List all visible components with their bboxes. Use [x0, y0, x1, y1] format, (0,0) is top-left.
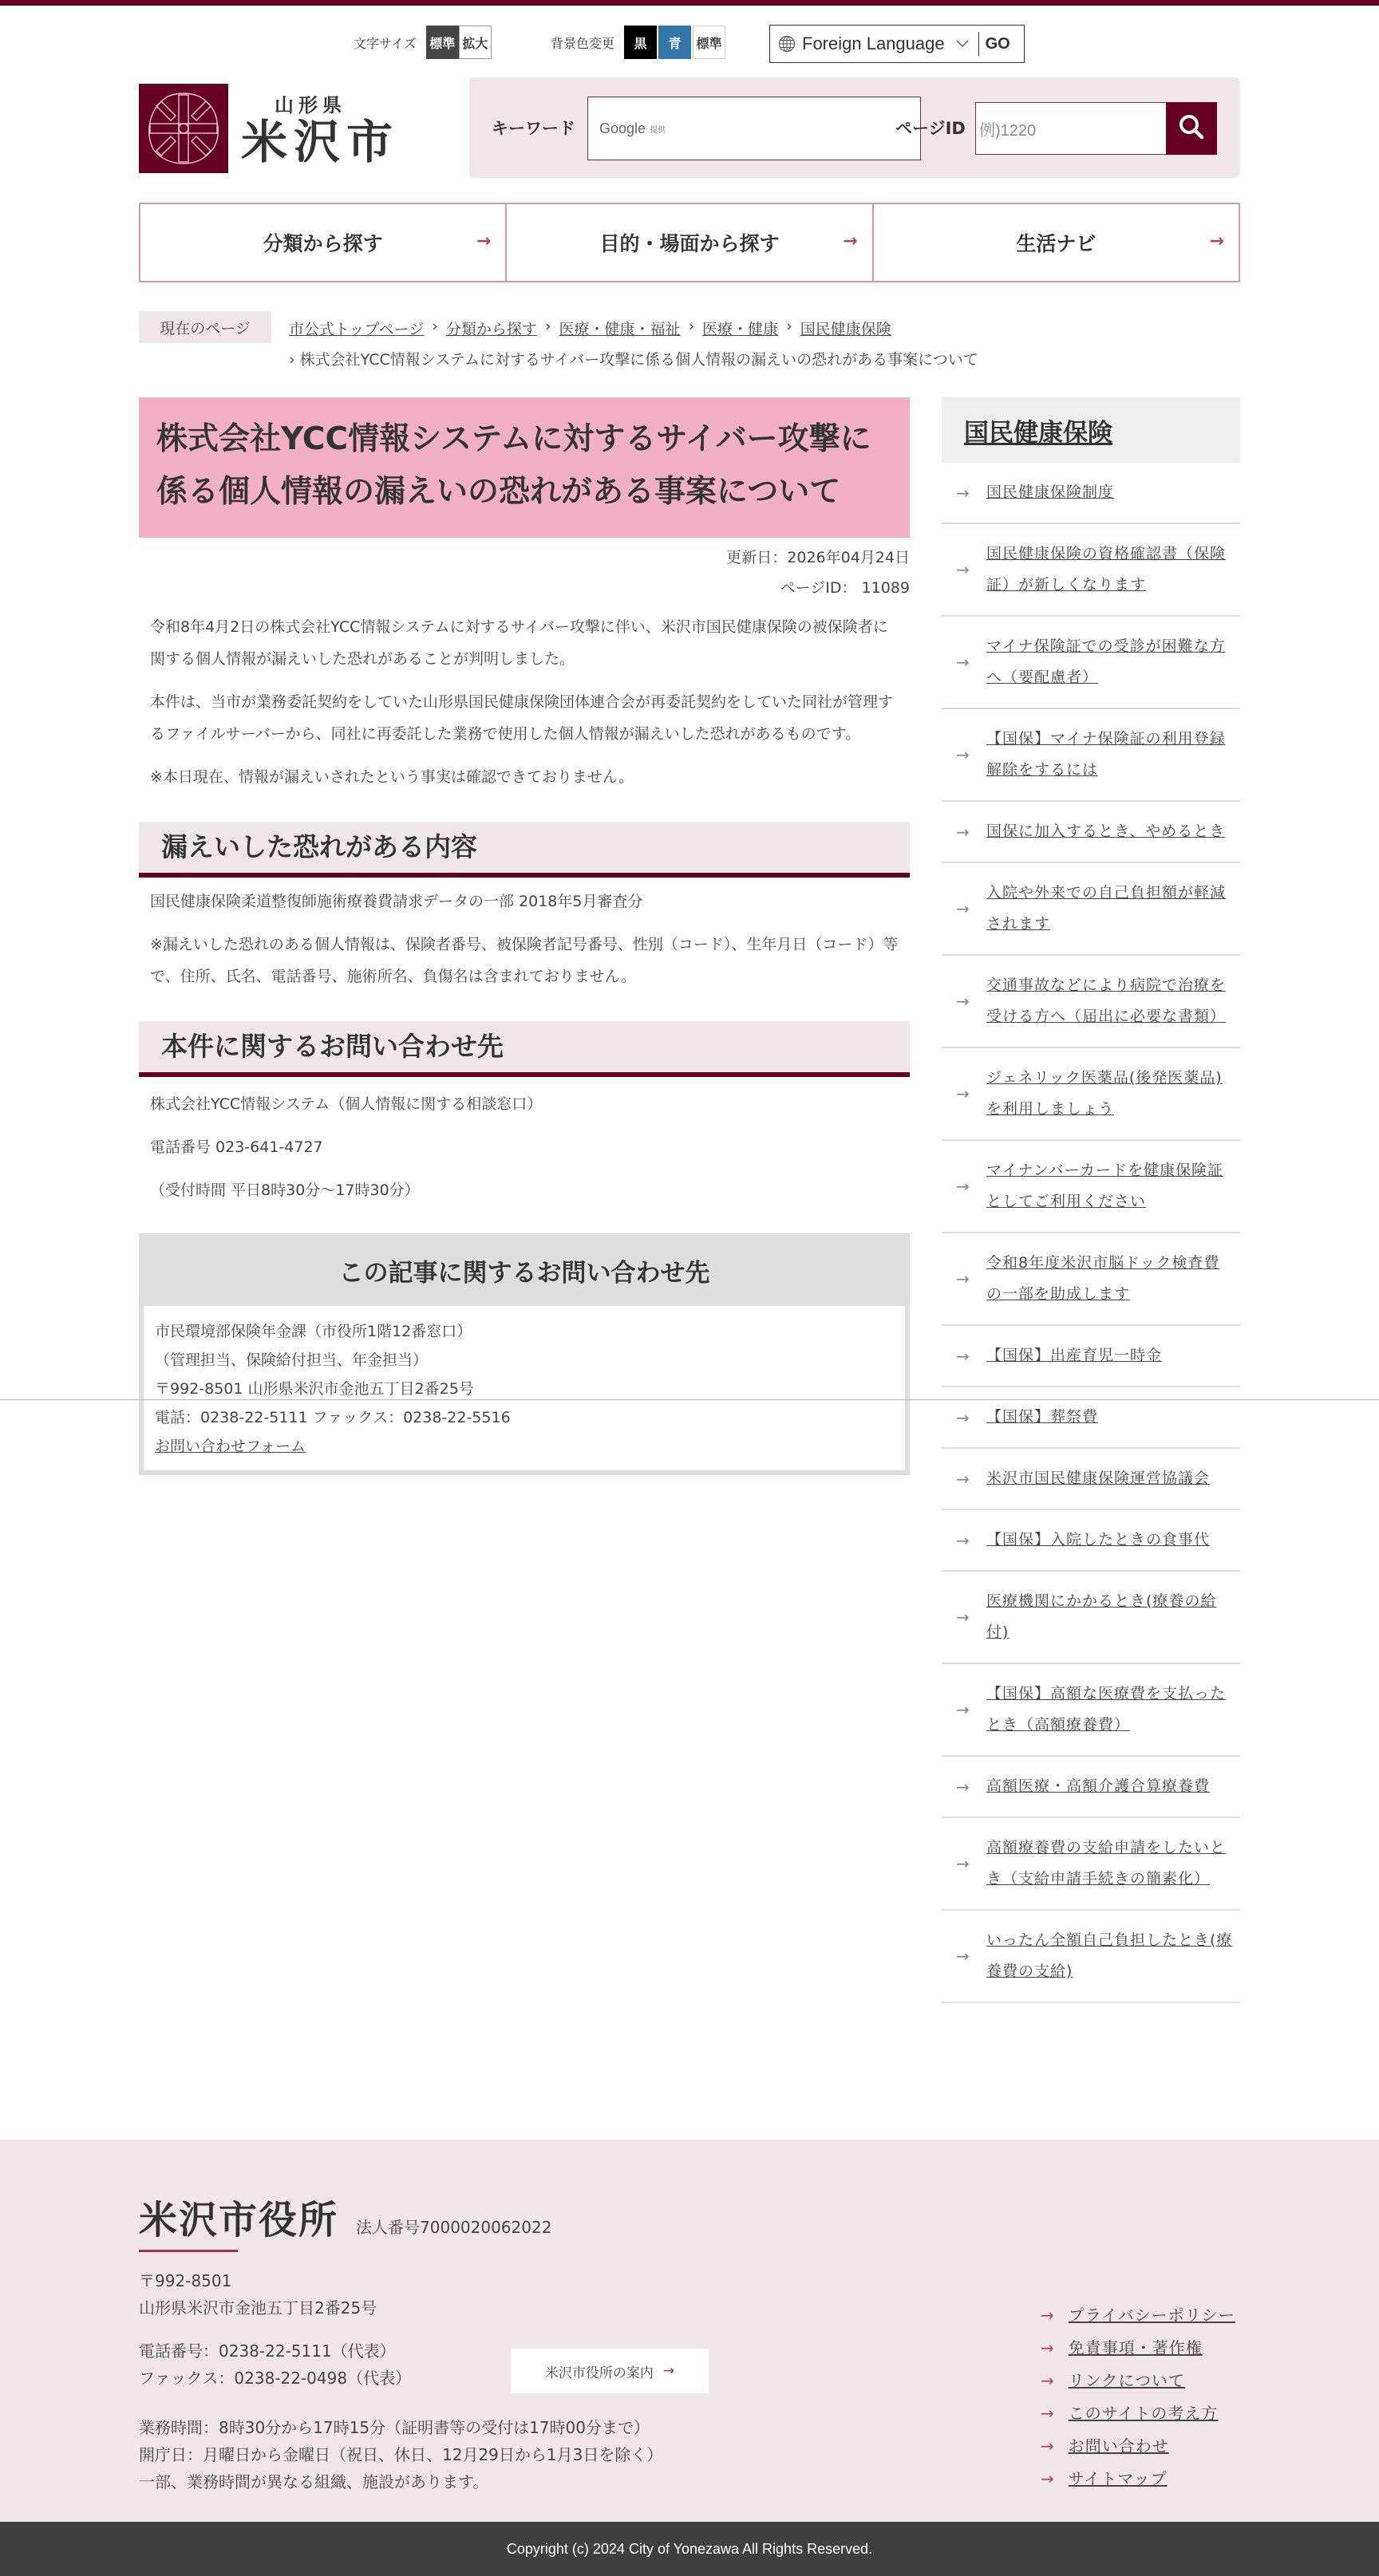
intro-note: ※本日現在、情報が漏えいされたという事実は確認できておりません。 — [139, 761, 910, 793]
contact-line: 市民環境部保険年金課（市役所1階12番窓口） — [155, 1317, 894, 1346]
sidebar-item[interactable]: →高額療養費の支給申請をしたいとき（支給申請手続きの簡素化） — [942, 1818, 1240, 1911]
arrow-right-icon: → — [942, 823, 986, 842]
provided-by: 提供 — [650, 123, 666, 135]
sidebar-link[interactable]: ジェネリック医薬品(後発医薬品)を利用しましょう — [986, 1063, 1240, 1125]
site-concept-link[interactable]: このサイトの考え方 — [1069, 2397, 1219, 2430]
sidebar-link[interactable]: 医療機関にかかるとき(療養の給付) — [986, 1586, 1240, 1648]
contact-heading: この記事に関するお問い合わせ先 — [144, 1238, 905, 1306]
prefecture-name: 山形県 — [275, 89, 399, 117]
sidebar-item[interactable]: →【国保】高額な医療費を支払ったとき（高額療養費） — [942, 1664, 1240, 1757]
viewport-fold-line — [0, 1399, 1379, 1400]
arrow-right-icon: → — [942, 992, 986, 1011]
utility-bar: 文字サイズ 標準 拡大 背景色変更 黒 青 標準 Foreign Languag… — [0, 6, 1379, 69]
page-id-input[interactable]: 例)1220 — [975, 102, 1167, 155]
arrow-right-icon: → — [1041, 2463, 1054, 2495]
globe-icon — [778, 35, 800, 53]
arrow-right-icon: → — [476, 231, 491, 251]
sidebar-list: →国民健康保険制度 →国民健康保険の資格確認書（保険証）が新しくなります →マイ… — [942, 463, 1240, 2003]
sidebar-item[interactable]: →国民健康保険の資格確認書（保険証）が新しくなります — [942, 524, 1240, 617]
breadcrumb-link-medical-welfare[interactable]: 医療・健康・福祉 — [559, 318, 681, 339]
arrow-right-icon: → — [942, 1854, 986, 1873]
search-button[interactable] — [1166, 102, 1217, 155]
article-contact-box: この記事に関するお問い合わせ先 市民環境部保険年金課（市役所1階12番窓口） （… — [139, 1233, 910, 1475]
sidebar-item[interactable]: →令和8年度米沢市脳ドック検査費の一部を助成します — [942, 1233, 1240, 1326]
breadcrumb-separator: › — [786, 318, 792, 339]
language-selector: Foreign Language GO — [769, 25, 1025, 63]
nav-browse-by-purpose[interactable]: 目的・場面から探す → — [507, 204, 873, 281]
sidebar-link[interactable]: 【国保】出産育児一時金 — [986, 1340, 1167, 1371]
arrow-right-icon: → — [843, 231, 857, 251]
nav-label: 生活ナビ — [1016, 228, 1096, 257]
footer-note: 一部、業務時間が異なる組織、施設があります。 — [139, 2468, 662, 2495]
sidebar-item[interactable]: →マイナンバーカードを健康保険証としてご利用ください — [942, 1141, 1240, 1233]
sidebar-link[interactable]: 米沢市国民健康保険運営協議会 — [986, 1463, 1215, 1494]
arrow-right-icon: → — [1210, 231, 1224, 251]
sidebar-item[interactable]: →交通事故などにより病院で治療を受ける方へ（届出に必要な書類） — [942, 956, 1240, 1048]
arrow-right-icon: → — [942, 1700, 986, 1719]
nav-browse-by-category[interactable]: 分類から探す → — [140, 204, 507, 281]
contact-line: 電話：0238-22-5111 ファックス：0238-22-5516 — [155, 1403, 894, 1432]
keyword-search-input[interactable]: Google 提供 — [587, 97, 921, 160]
intro-paragraph: 本件は、当市が業務委託契約をしていた山形県国民健康保険団体連合会が再委託契約をし… — [139, 686, 910, 750]
arrow-right-icon: → — [663, 2363, 674, 2379]
privacy-policy-link[interactable]: プライバシーポリシー — [1069, 2299, 1235, 2332]
section-paragraph: （受付時間 平日8時30分～17時30分） — [139, 1174, 910, 1206]
sidebar-link[interactable]: 高額医療・高額介護合算療養費 — [986, 1771, 1215, 1802]
city-emblem-icon — [139, 84, 228, 173]
footer-link-item[interactable]: →免責事項・著作権 — [1041, 2332, 1235, 2365]
footer-postal: 〒992-8501 — [139, 2267, 377, 2294]
footer-link-item[interactable]: →このサイトの考え方 — [1041, 2397, 1235, 2430]
city-name: 米沢市 — [241, 117, 399, 168]
breadcrumb-separator: › — [545, 318, 551, 339]
breadcrumb-separator: › — [289, 351, 295, 369]
sitemap-link[interactable]: サイトマップ — [1069, 2463, 1168, 2495]
sidebar-item[interactable]: →【国保】マイナ保険証の利用登録解除をするには — [942, 709, 1240, 802]
footer-link-item[interactable]: →お問い合わせ — [1041, 2430, 1235, 2463]
link-policy-link[interactable]: リンクについて — [1069, 2365, 1185, 2397]
arrow-right-icon: → — [942, 745, 986, 764]
sidebar-item[interactable]: →高額医療・高額介護合算療養費 — [942, 1757, 1240, 1818]
arrow-right-icon: → — [942, 1777, 986, 1797]
sidebar-link[interactable]: 高額療養費の支給申請をしたいとき（支給申請手続きの簡素化） — [986, 1832, 1240, 1895]
arrow-right-icon: → — [942, 1347, 986, 1366]
sidebar-item[interactable]: →【国保】葬祭費 — [942, 1387, 1240, 1449]
nav-life-navi[interactable]: 生活ナビ → — [874, 204, 1239, 281]
footer-open-days: 開庁日：月曜日から金曜日（祝日、休日、12月29日から1月3日を除く） — [139, 2441, 662, 2468]
sidebar-link[interactable]: いったん全額自己負担したとき(療養費の支給) — [986, 1925, 1240, 1987]
sidebar-link[interactable]: 国民健康保険の資格確認書（保険証）が新しくなります — [986, 538, 1240, 601]
arrow-right-icon: → — [942, 483, 986, 503]
arrow-right-icon: → — [1041, 2397, 1054, 2430]
copyright: Copyright (c) 2024 City of Yonezawa All … — [0, 2522, 1379, 2576]
section-paragraph: 国民健康保険柔道整復師施術療養費請求データの一部 2018年5月審査分 — [139, 886, 910, 917]
site-footer: 米沢市役所 法人番号7000020062022 〒992-8501 山形県米沢市… — [0, 2140, 1379, 2523]
arrow-right-icon: → — [942, 653, 986, 672]
search-icon — [1178, 113, 1205, 144]
page-title: 株式会社YCC情報システムに対するサイバー攻撃に係る個人情報の漏えいの恐れがある… — [156, 413, 892, 519]
site-logo[interactable]: 山形県 米沢市 — [139, 84, 399, 173]
font-size-label: 文字サイズ — [354, 34, 417, 52]
city-hall-guide-button[interactable]: 米沢市役所の案内 → — [511, 2349, 709, 2393]
sidebar-link[interactable]: 【国保】葬祭費 — [986, 1402, 1103, 1433]
updated-date: 更新日：2026年04月24日 — [139, 542, 910, 573]
google-brand: Google — [599, 120, 646, 137]
sidebar-item[interactable]: →【国保】出産育児一時金 — [942, 1326, 1240, 1387]
go-button[interactable]: GO — [986, 35, 1010, 53]
arrow-right-icon: → — [942, 1084, 986, 1103]
arrow-right-icon: → — [942, 1408, 986, 1427]
font-size-standard-button[interactable]: 標準 — [426, 26, 459, 59]
divider — [978, 32, 979, 56]
arrow-right-icon: → — [1041, 2365, 1054, 2397]
bg-color-controls: 背景色変更 黒 青 標準 — [551, 26, 725, 59]
footer-hours: 業務時間：8時30分から17時15分（証明書等の受付は17時00分まで） — [139, 2414, 662, 2441]
sidebar-link[interactable]: 【国保】高額な医療費を支払ったとき（高額療養費） — [986, 1679, 1240, 1741]
section-paragraph: 電話番号 023-641-4727 — [139, 1131, 910, 1163]
arrow-right-icon: → — [942, 560, 986, 579]
page-id: ページID： 11089 — [139, 573, 910, 603]
sidebar-link[interactable]: 【国保】マイナ保険証の利用登録解除をするには — [986, 724, 1240, 786]
sidebar-link[interactable]: 令和8年度米沢市脳ドック検査費の一部を助成します — [986, 1248, 1240, 1310]
sidebar-item[interactable]: →国民健康保険制度 — [942, 463, 1240, 524]
sidebar-item[interactable]: →国保に加入するとき、やめるとき — [942, 802, 1240, 863]
guide-label: 米沢市役所の案内 — [545, 2361, 654, 2381]
top-accent-bar — [0, 0, 1379, 6]
disclaimer-link[interactable]: 免責事項・著作権 — [1069, 2332, 1203, 2365]
footer-address: 山形県米沢市金池五丁目2番25号 — [139, 2294, 377, 2322]
title-box: 株式会社YCC情報システムに対するサイバー攻撃に係る個人情報の漏えいの恐れがある… — [139, 397, 910, 538]
breadcrumb-link-medical[interactable]: 医療・健康 — [702, 318, 778, 339]
arrow-right-icon: → — [942, 1269, 986, 1288]
arrow-right-icon: → — [1041, 2332, 1054, 2365]
sidebar-link[interactable]: 交通事故などにより病院で治療を受ける方へ（届出に必要な書類） — [986, 970, 1240, 1032]
sidebar: 国民健康保険 →国民健康保険制度 →国民健康保険の資格確認書（保険証）が新しくな… — [942, 397, 1240, 2003]
sidebar-item[interactable]: →入院や外来での自己負担額が軽減されます — [942, 863, 1240, 956]
contact-line: （管理担当、保険給付担当、年金担当） — [155, 1346, 894, 1375]
article: 株式会社YCC情報システムに対するサイバー攻撃に係る個人情報の漏えいの恐れがある… — [139, 397, 910, 1475]
bg-standard-button[interactable]: 標準 — [693, 26, 725, 59]
footer-divider — [139, 2250, 238, 2252]
language-select[interactable]: Foreign Language — [802, 34, 945, 54]
arrow-right-icon: → — [942, 1531, 986, 1550]
breadcrumb-link-nhi[interactable]: 国民健康保険 — [800, 318, 891, 339]
font-size-enlarge-button[interactable]: 拡大 — [459, 26, 492, 59]
bg-black-button[interactable]: 黒 — [624, 26, 657, 59]
sidebar-link[interactable]: 国保に加入するとき、やめるとき — [986, 816, 1230, 847]
arrow-right-icon: → — [942, 1947, 986, 1966]
search-panel: キーワード Google 提供 ページID 例)1220 — [469, 77, 1240, 178]
footer-links: →プライバシーポリシー →免責事項・著作権 →リンクについて →このサイトの考え… — [1041, 2299, 1235, 2495]
footer-link-item[interactable]: →サイトマップ — [1041, 2463, 1235, 2495]
corporate-number: 法人番号7000020062022 — [356, 2215, 551, 2238]
chevron-down-icon[interactable] — [956, 40, 974, 48]
breadcrumb-current-page: 株式会社YCC情報システムに対するサイバー攻撃に係る個人情報の漏えいの恐れがある… — [300, 351, 978, 369]
footer-org-name: 米沢市役所 — [139, 2189, 338, 2244]
arrow-right-icon: → — [942, 899, 986, 918]
global-nav: 分類から探す → 目的・場面から探す → 生活ナビ → — [139, 203, 1240, 282]
section-paragraph: ※漏えいした恐れのある個人情報は、保険者番号、被保険者記号番号、性別（コード）、… — [139, 929, 910, 992]
section-heading-leaked-content: 漏えいした恐れがある内容 — [139, 822, 910, 878]
sidebar-link[interactable]: 【国保】入院したときの食事代 — [986, 1525, 1215, 1556]
font-size-controls: 文字サイズ 標準 拡大 — [354, 26, 492, 59]
sidebar-link[interactable]: マイナ保険証での受診が困難な方へ（要配慮者） — [986, 631, 1240, 693]
nav-label: 分類から探す — [263, 228, 383, 257]
inquiry-form-link[interactable]: お問い合わせフォーム — [155, 1438, 306, 1455]
sidebar-link[interactable]: マイナンバーカードを健康保険証としてご利用ください — [986, 1155, 1240, 1217]
intro-paragraph: 令和8年4月2日の株式会社YCC情報システムに対するサイバー攻撃に伴い、米沢市国… — [139, 611, 910, 675]
footer-fax: ファックス：0238-22-0498（代表） — [139, 2365, 411, 2392]
arrow-right-icon: → — [942, 1469, 986, 1489]
footer-link-item[interactable]: →リンクについて — [1041, 2365, 1235, 2397]
breadcrumb-separator: › — [689, 318, 695, 339]
sidebar-link[interactable]: 国民健康保険制度 — [986, 477, 1119, 508]
arrow-right-icon: → — [942, 1608, 986, 1627]
sidebar-item[interactable]: →いったん全額自己負担したとき(療養費の支給) — [942, 1911, 1240, 2003]
sidebar-item[interactable]: →マイナ保険証での受診が困難な方へ（要配慮者） — [942, 617, 1240, 709]
contact-link[interactable]: お問い合わせ — [1069, 2430, 1169, 2463]
footer-phone: 電話番号：0238-22-5111（代表） — [139, 2337, 411, 2365]
breadcrumb-link-category[interactable]: 分類から探す — [446, 318, 537, 339]
sidebar-item[interactable]: →医療機関にかかるとき(療養の給付) — [942, 1572, 1240, 1664]
site-header: 山形県 米沢市 キーワード Google 提供 ページID 例)1220 — [0, 69, 1379, 189]
nav-label: 目的・場面から探す — [599, 228, 779, 257]
section-paragraph: 株式会社YCC情報システム（個人情報に関する相談窓口） — [139, 1088, 910, 1120]
section-heading-inquiry: 本件に関するお問い合わせ先 — [139, 1021, 910, 1077]
breadcrumb-current-label: 現在のページ — [139, 311, 271, 343]
sidebar-heading-link[interactable]: 国民健康保険 — [964, 412, 1112, 448]
keyword-label: キーワード — [492, 116, 575, 140]
arrow-right-icon: → — [1041, 2299, 1054, 2332]
bg-blue-button[interactable]: 青 — [658, 26, 691, 59]
arrow-right-icon: → — [1041, 2430, 1054, 2463]
sidebar-item[interactable]: →【国保】入院したときの食事代 — [942, 1510, 1240, 1572]
footer-link-item[interactable]: →プライバシーポリシー — [1041, 2299, 1235, 2332]
sidebar-link[interactable]: 入院や外来での自己負担額が軽減されます — [986, 878, 1240, 940]
sidebar-item[interactable]: →ジェネリック医薬品(後発医薬品)を利用しましょう — [942, 1048, 1240, 1141]
sidebar-item[interactable]: →米沢市国民健康保険運営協議会 — [942, 1449, 1240, 1510]
breadcrumb-link-top[interactable]: 市公式トップページ — [289, 318, 424, 339]
bg-color-label: 背景色変更 — [551, 34, 614, 52]
breadcrumb-separator: › — [432, 318, 438, 339]
sidebar-header: 国民健康保険 — [942, 397, 1240, 463]
arrow-right-icon: → — [942, 1177, 986, 1196]
page-id-label: ページID — [895, 116, 966, 140]
